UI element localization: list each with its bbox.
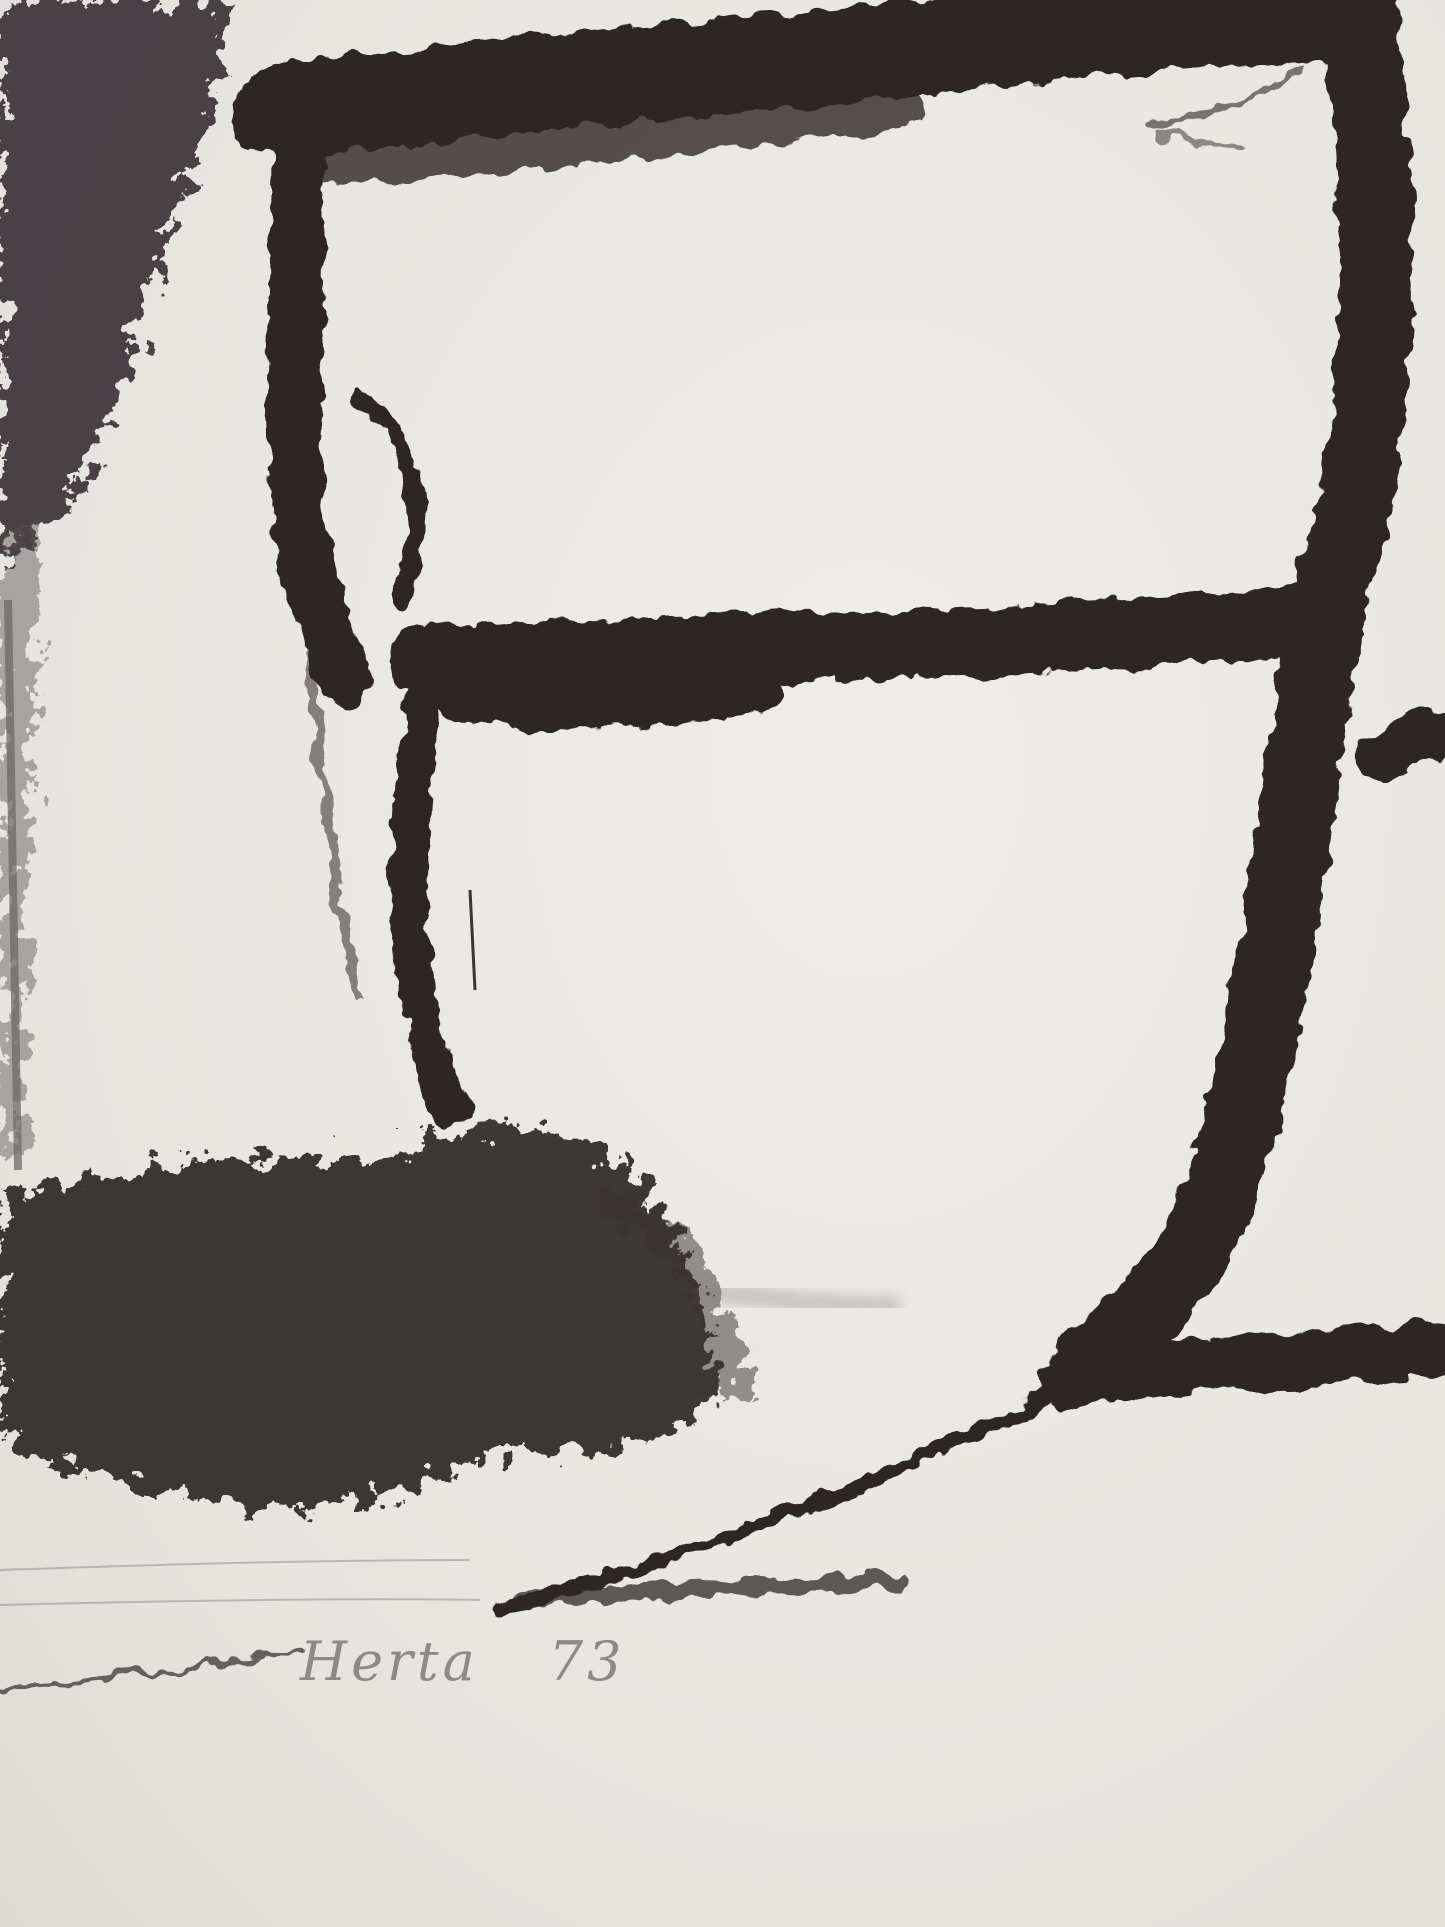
ink-strokes <box>0 0 1445 1927</box>
pencil-lines <box>0 1560 480 1605</box>
ink-painting: Herta73 <box>0 0 1445 1927</box>
signature-name: Herta <box>300 1630 479 1693</box>
left-ink-wash <box>0 0 230 1160</box>
bottom-ink-blot <box>0 1125 740 1508</box>
signature-year: 73 <box>549 1630 626 1693</box>
artist-signature: Herta73 <box>300 1630 625 1693</box>
